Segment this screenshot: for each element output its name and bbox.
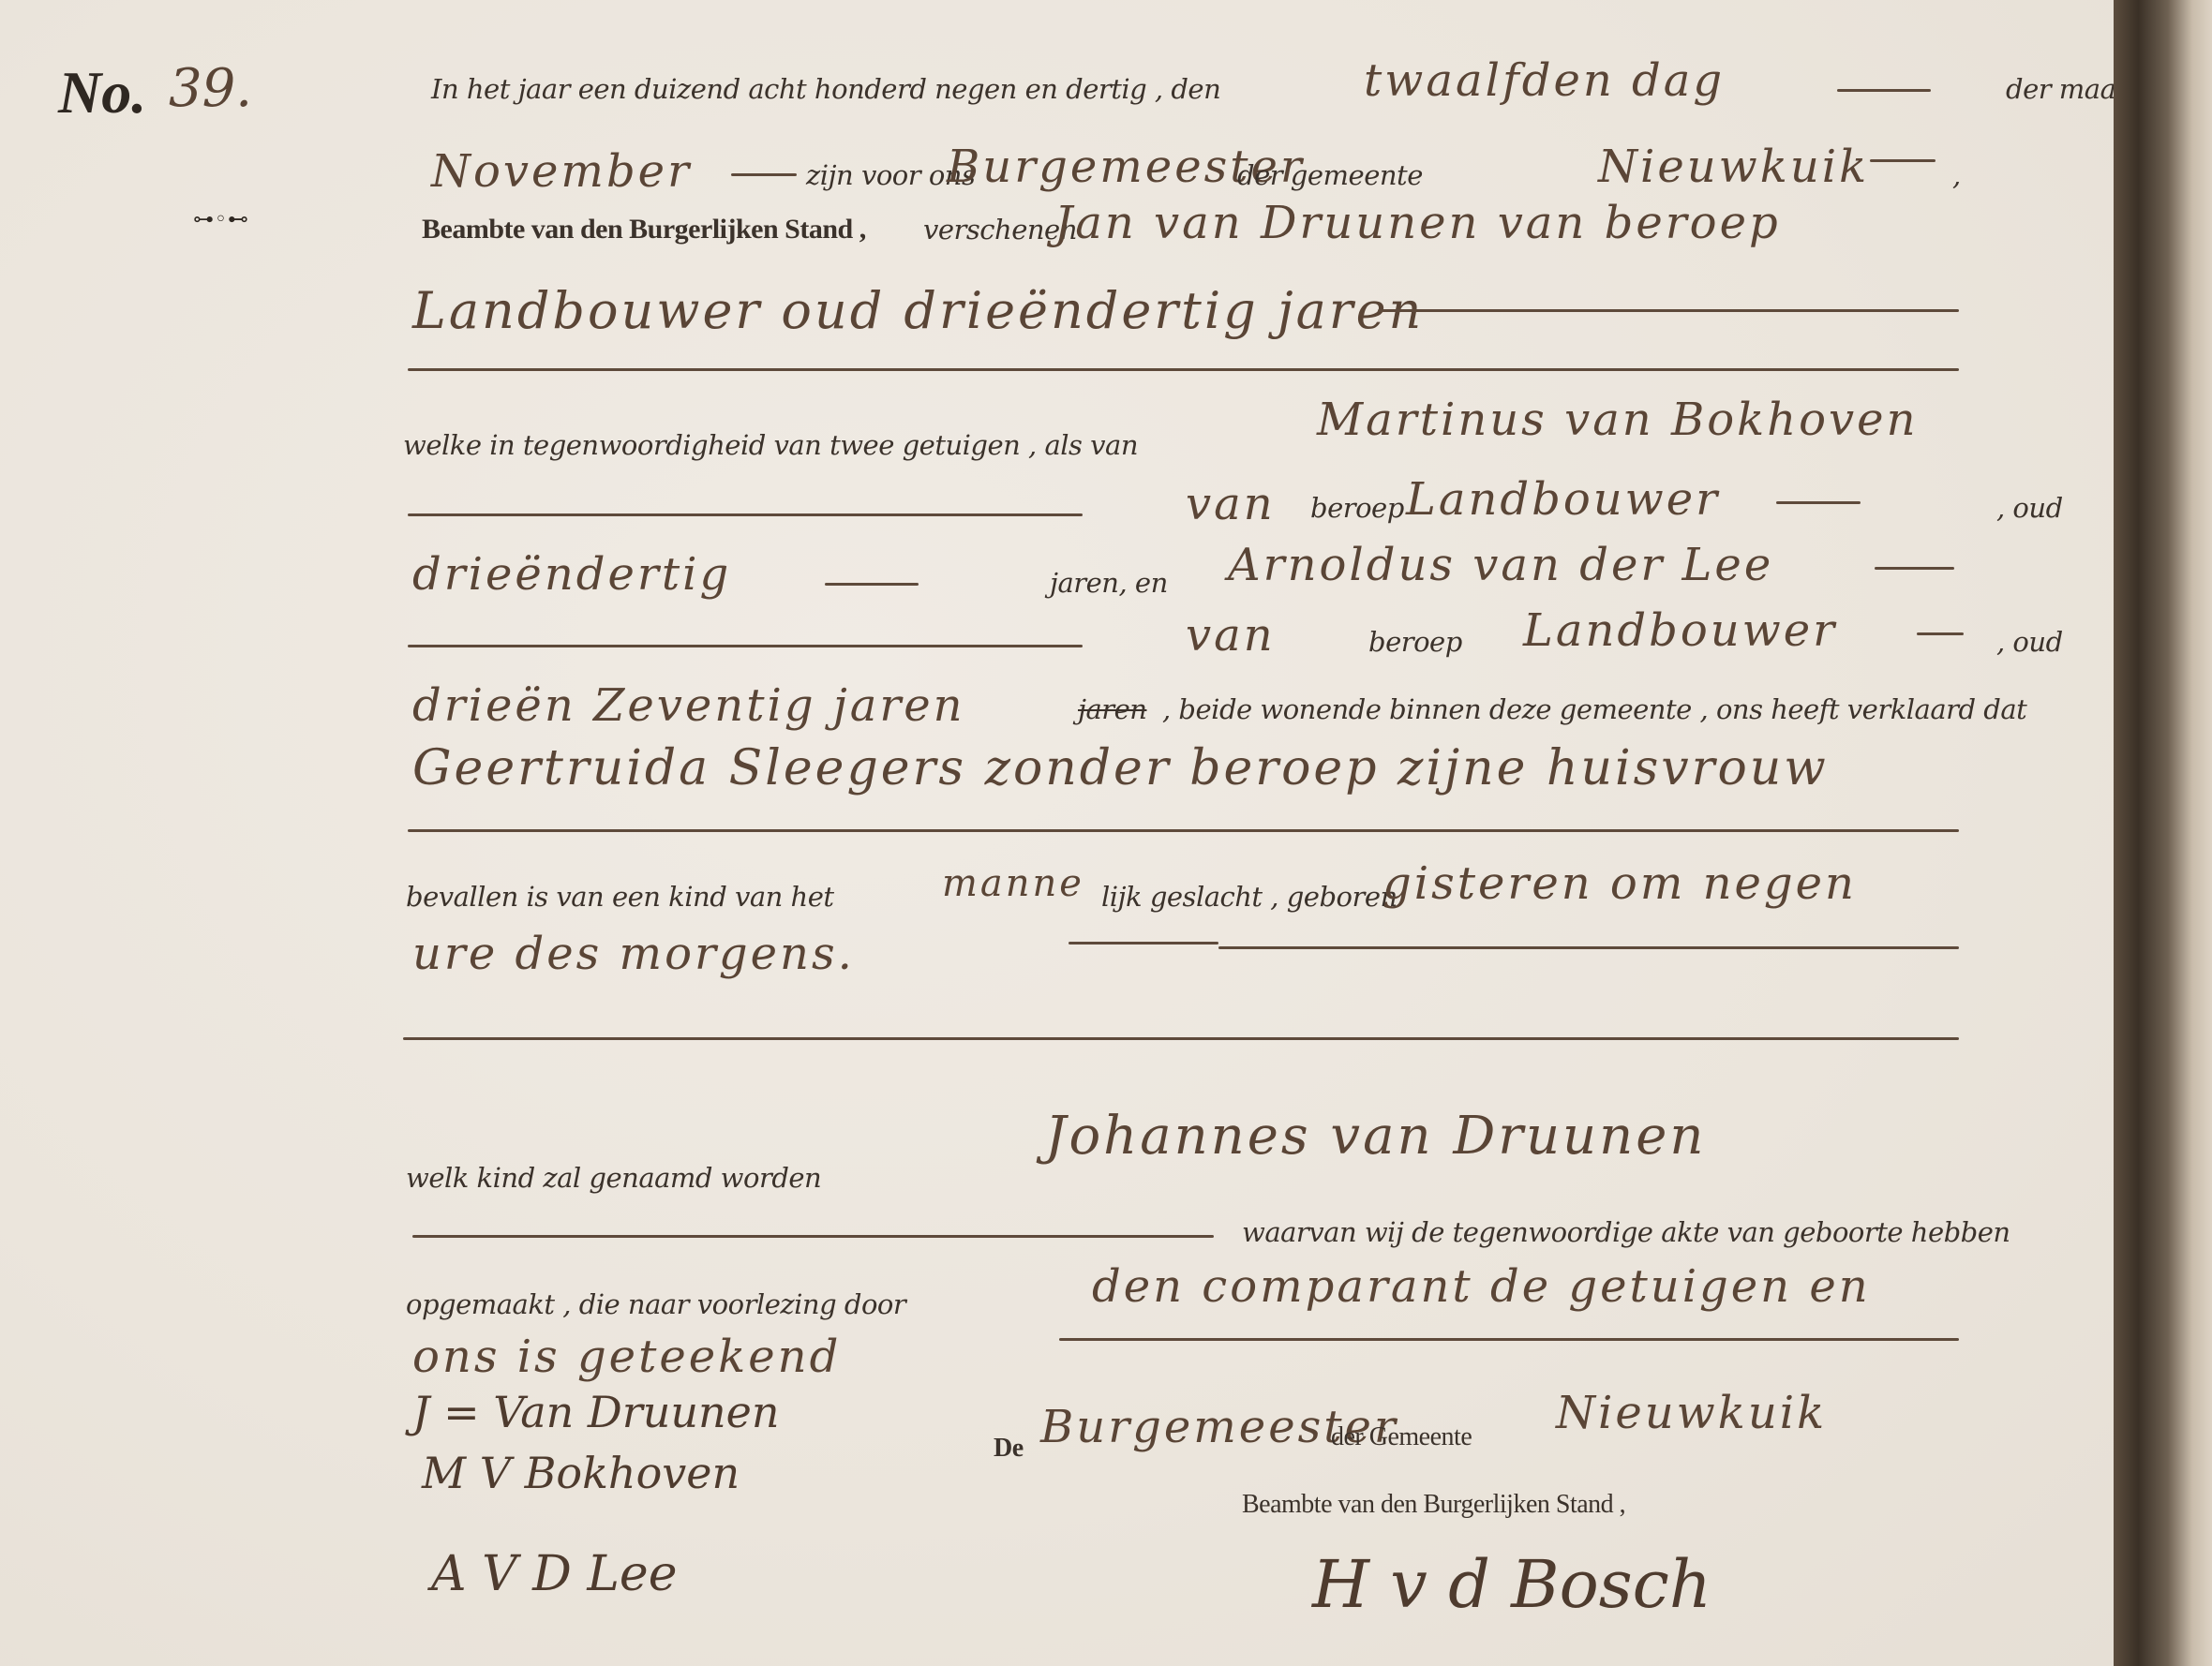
fill-rule — [412, 1235, 1214, 1238]
fill-rule — [408, 513, 1083, 516]
line2-printed-end: , — [1952, 159, 1961, 191]
fill-rule — [1917, 632, 1964, 635]
fill-rule — [1870, 159, 1935, 162]
line5-witness1: Martinus van Bokhoven — [1317, 394, 1918, 446]
record-number-label: No. — [58, 58, 146, 127]
line8-oud: , oud — [1996, 626, 2063, 658]
line3-declarant: Jan van Druunen van beroep — [1054, 197, 1781, 249]
line13-child-name: Johannes van Druunen — [1045, 1106, 1706, 1167]
fill-rule — [1059, 1338, 1959, 1341]
signature-declarant: J = Van Druunen — [412, 1387, 780, 1437]
line1-day: twaalfden dag — [1364, 54, 1725, 107]
fill-rule — [1218, 946, 1959, 949]
line16-handwritten: ons is geteekend — [412, 1331, 841, 1383]
closing-office: Beambte van den Burgerlijken Stand , — [1242, 1490, 1625, 1520]
line7-witness2: Arnoldus van der Lee — [1228, 539, 1773, 591]
line6-oud: , oud — [1996, 492, 2063, 524]
signature-official: H v d Bosch — [1312, 1546, 1711, 1623]
line13-printed: welk kind zal genaamd worden — [406, 1162, 821, 1194]
line4-occupation-age: Landbouwer oud drieëndertig jaren — [412, 281, 1424, 340]
signature-witness2: A V D Lee — [431, 1546, 677, 1602]
line2-municipality: Nieuwkuik — [1598, 141, 1869, 193]
fill-rule — [1776, 501, 1861, 504]
closing-de: De — [994, 1434, 1024, 1464]
line11-sex: manne — [942, 862, 1084, 905]
line10-mother: Geertruida Sleegers zonder beroep zijne … — [412, 740, 1829, 796]
line9-struck-word: jaren — [1078, 693, 1146, 725]
line11-printed: bevallen is van een kind van het — [406, 881, 834, 913]
line7-age: drieëndertig — [412, 548, 731, 601]
line12-time: ure des morgens. — [412, 928, 855, 980]
signature-witness1: M V Bokhoven — [422, 1448, 740, 1498]
line9-printed: , beide wonende binnen deze gemeente , o… — [1162, 693, 2026, 725]
line6-beroep: beroep — [1310, 492, 1404, 524]
fill-rule — [1875, 567, 1954, 570]
line5-printed: welke in tegenwoordigheid van twee getui… — [403, 429, 1138, 461]
line1-printed: In het jaar een duizend acht honderd neg… — [431, 73, 1220, 105]
line11-printed-mid: lijk geslacht , geboren — [1101, 881, 1397, 913]
line11-time: gisteren om negen — [1382, 857, 1857, 910]
fill-rule — [731, 173, 797, 176]
line8-van: van — [1186, 609, 1276, 662]
fill-rule — [403, 1037, 1959, 1040]
closing-printed: der Gemeente — [1331, 1422, 1472, 1452]
line6-occupation: Landbouwer — [1406, 473, 1720, 526]
line7-printed: jaren, en — [1050, 567, 1168, 599]
line15-printed: opgemaakt , die naar voorlezing door — [406, 1288, 905, 1320]
fill-rule — [1837, 89, 1931, 92]
line3-printed: Beambte van den Burgerlijken Stand , — [422, 214, 866, 245]
line9-age: drieën Zeventig jaren — [412, 679, 965, 732]
line2-month: November — [431, 145, 692, 198]
fill-rule — [408, 368, 1959, 371]
line8-occupation: Landbouwer — [1523, 604, 1837, 657]
fill-rule — [408, 829, 1959, 832]
book-binding-edge — [2114, 0, 2212, 1666]
register-page: No. 39. ⊶◦⊷ In het jaar een duizend acht… — [0, 0, 2114, 1666]
fill-rule — [408, 645, 1083, 647]
fill-rule — [1069, 942, 1218, 945]
line14-printed: waarvan wij de tegenwoordige akte van ge… — [1242, 1216, 2010, 1248]
closing-municipality: Nieuwkuik — [1556, 1387, 1827, 1439]
fill-rule — [825, 583, 919, 586]
record-number-value: 39. — [169, 58, 252, 119]
ornament-icon: ⊶◦⊷ — [193, 208, 249, 231]
line2-printed-mid2: der gemeente — [1237, 159, 1423, 191]
line8-beroep: beroep — [1368, 626, 1462, 658]
line15-handwritten: den comparant de getuigen en — [1092, 1260, 1871, 1313]
fill-rule — [1378, 309, 1959, 312]
line6-van: van — [1186, 478, 1276, 530]
